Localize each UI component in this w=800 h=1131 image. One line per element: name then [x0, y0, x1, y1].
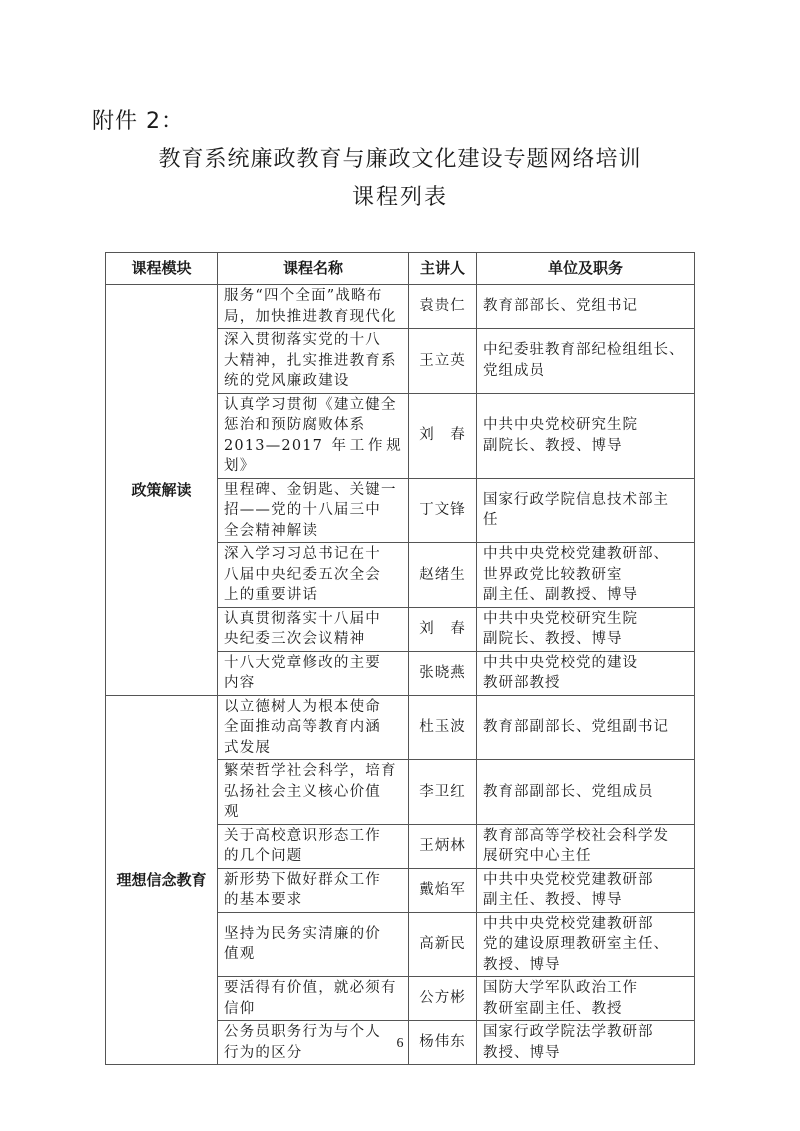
course-name-line: 新形势下做好群众工作 — [224, 870, 402, 891]
unit-position-line: 教育部副部长、党组成员 — [483, 782, 688, 803]
unit-position-cell: 中共中央党校研究生院副院长、教授、博导 — [477, 393, 695, 478]
speaker-cell: 高新民 — [409, 912, 477, 977]
unit-position-line: 教研室副主任、教授 — [483, 999, 688, 1020]
course-name-line: 招——党的十八届三中 — [224, 500, 402, 521]
unit-position-line: 中共中央党校研究生院 — [483, 415, 688, 436]
unit-position-cell: 中共中央党校党建教研部副主任、教授、博导 — [477, 868, 695, 912]
column-header-unit: 单位及职务 — [477, 253, 695, 285]
course-name-cell: 坚持为民务实清廉的价值观 — [218, 912, 409, 977]
unit-position-line: 中共中央党校党的建设 — [483, 653, 688, 674]
unit-position-cell: 中共中央党校党的建设教研部教授 — [477, 651, 695, 695]
document-title: 教育系统廉政教育与廉政文化建设专题网络培训 — [0, 142, 800, 173]
course-name-line: 内容 — [224, 673, 402, 694]
table-body: 政策解读服务“四个全面”战略布局，加快推进教育现代化袁贵仁教育部部长、党组书记深… — [106, 285, 695, 1065]
unit-position-cell: 中共中央党校党建教研部、世界政党比较教研室副主任、副教授、博导 — [477, 543, 695, 608]
course-name-line: 观 — [224, 802, 402, 823]
speaker-cell: 刘 春 — [409, 393, 477, 478]
course-name-line: 式发展 — [224, 738, 402, 759]
unit-position-cell: 中纪委驻教育部纪检组组长、党组成员 — [477, 329, 695, 394]
course-name-line: 的几个问题 — [224, 846, 402, 867]
course-name-cell: 服务“四个全面”战略布局，加快推进教育现代化 — [218, 285, 409, 329]
column-header-course: 课程名称 — [218, 253, 409, 285]
speaker-cell: 王炳林 — [409, 824, 477, 868]
attachment-label: 附件 2： — [92, 104, 184, 135]
speaker-cell: 公方彬 — [409, 977, 477, 1021]
course-name-line: 统的党风廉政建设 — [224, 371, 402, 392]
course-name-line: 以立德树人为根本使命 — [224, 697, 402, 718]
course-name-line: 认真贯彻落实十八届中 — [224, 609, 402, 630]
course-name-cell: 要活得有价值，就必须有信仰 — [218, 977, 409, 1021]
course-name-line: 的基本要求 — [224, 890, 402, 911]
course-name-line: 要活得有价值，就必须有 — [224, 978, 402, 999]
unit-position-line: 教育部高等学校社会科学发 — [483, 826, 688, 847]
table-row: 政策解读服务“四个全面”战略布局，加快推进教育现代化袁贵仁教育部部长、党组书记 — [106, 285, 695, 329]
course-name-line: 认真学习贯彻《建立健全 — [224, 395, 402, 416]
course-name-line: 信仰 — [224, 999, 402, 1020]
course-name-line: 坚持为民务实清廉的价 — [224, 924, 402, 945]
unit-position-cell: 教育部部长、党组书记 — [477, 285, 695, 329]
course-name-cell: 繁荣哲学社会科学，培育弘扬社会主义核心价值观 — [218, 760, 409, 825]
course-name-line: 全面推动高等教育内涵 — [224, 717, 402, 738]
course-name-line: 全会精神解读 — [224, 521, 402, 542]
speaker-cell: 赵绪生 — [409, 543, 477, 608]
course-name-line: 关于高校意识形态工作 — [224, 826, 402, 847]
course-name-cell: 里程碑、金钥匙、关键一招——党的十八届三中全会精神解读 — [218, 478, 409, 543]
speaker-cell: 张晓燕 — [409, 651, 477, 695]
unit-position-line: 中共中央党校研究生院 — [483, 609, 688, 630]
course-name-cell: 深入贯彻落实党的十八大精神，扎实推进教育系统的党风廉政建设 — [218, 329, 409, 394]
unit-position-line: 世界政党比较教研室 — [483, 565, 688, 586]
course-name-cell: 深入学习习总书记在十八届中央纪委五次全会上的重要讲话 — [218, 543, 409, 608]
course-name-cell: 新形势下做好群众工作的基本要求 — [218, 868, 409, 912]
unit-position-line: 教育部部长、党组书记 — [483, 296, 688, 317]
speaker-cell: 刘 春 — [409, 607, 477, 651]
course-name-line: 大精神，扎实推进教育系 — [224, 351, 402, 372]
course-name-cell: 关于高校意识形态工作的几个问题 — [218, 824, 409, 868]
unit-position-line: 副主任、副教授、博导 — [483, 585, 688, 606]
course-name-line: 2013—2017 年工作规划》 — [224, 436, 402, 477]
page-number: 6 — [0, 1036, 800, 1052]
course-name-line: 值观 — [224, 944, 402, 965]
unit-position-line: 中纪委驻教育部纪检组组长、 — [483, 340, 688, 361]
unit-position-line: 副院长、教授、博导 — [483, 436, 688, 457]
unit-position-line: 中共中央党校党建教研部 — [483, 870, 688, 891]
unit-position-cell: 中共中央党校研究生院副院长、教授、博导 — [477, 607, 695, 651]
course-name-cell: 以立德树人为根本使命全面推动高等教育内涵式发展 — [218, 695, 409, 760]
unit-position-cell: 教育部副部长、党组副书记 — [477, 695, 695, 760]
course-table: 课程模块 课程名称 主讲人 单位及职务 政策解读服务“四个全面”战略布局，加快推… — [105, 252, 695, 1065]
course-name-line: 深入学习习总书记在十 — [224, 544, 402, 565]
unit-position-line: 副院长、教授、博导 — [483, 629, 688, 650]
unit-position-line: 党组成员 — [483, 361, 688, 382]
document-subtitle: 课程列表 — [0, 180, 800, 211]
column-header-module: 课程模块 — [106, 253, 218, 285]
unit-position-line: 教育部副部长、党组副书记 — [483, 717, 688, 738]
course-name-line: 上的重要讲话 — [224, 585, 402, 606]
speaker-cell: 丁文锋 — [409, 478, 477, 543]
course-name-line: 繁荣哲学社会科学，培育 — [224, 761, 402, 782]
speaker-cell: 戴焰军 — [409, 868, 477, 912]
table-row: 理想信念教育以立德树人为根本使命全面推动高等教育内涵式发展杜玉波教育部副部长、党… — [106, 695, 695, 760]
module-cell: 理想信念教育 — [106, 695, 218, 1065]
course-name-line: 弘扬社会主义核心价值 — [224, 782, 402, 803]
speaker-cell: 袁贵仁 — [409, 285, 477, 329]
column-header-speaker: 主讲人 — [409, 253, 477, 285]
course-name-line: 央纪委三次会议精神 — [224, 629, 402, 650]
unit-position-line: 任 — [483, 510, 688, 531]
course-name-cell: 认真贯彻落实十八届中央纪委三次会议精神 — [218, 607, 409, 651]
module-cell: 政策解读 — [106, 285, 218, 696]
course-name-line: 服务“四个全面”战略布 — [224, 286, 402, 307]
unit-position-line: 中共中央党校党建教研部 — [483, 914, 688, 935]
course-name-line: 惩治和预防腐败体系 — [224, 415, 402, 436]
unit-position-line: 国防大学军队政治工作 — [483, 978, 688, 999]
speaker-cell: 杜玉波 — [409, 695, 477, 760]
course-name-cell: 认真学习贯彻《建立健全惩治和预防腐败体系2013—2017 年工作规划》 — [218, 393, 409, 478]
unit-position-line: 中共中央党校党建教研部、 — [483, 544, 688, 565]
unit-position-line: 教授、博导 — [483, 955, 688, 976]
unit-position-cell: 中共中央党校党建教研部党的建设原理教研室主任、教授、博导 — [477, 912, 695, 977]
unit-position-line: 党的建设原理教研室主任、 — [483, 934, 688, 955]
speaker-cell: 王立英 — [409, 329, 477, 394]
course-name-line: 深入贯彻落实党的十八 — [224, 330, 402, 351]
course-name-line: 八届中央纪委五次全会 — [224, 565, 402, 586]
unit-position-line: 展研究中心主任 — [483, 846, 688, 867]
unit-position-cell: 国防大学军队政治工作教研室副主任、教授 — [477, 977, 695, 1021]
unit-position-cell: 教育部高等学校社会科学发展研究中心主任 — [477, 824, 695, 868]
unit-position-line: 国家行政学院信息技术部主 — [483, 490, 688, 511]
course-name-line: 里程碑、金钥匙、关键一 — [224, 480, 402, 501]
unit-position-cell: 教育部副部长、党组成员 — [477, 760, 695, 825]
unit-position-cell: 国家行政学院信息技术部主任 — [477, 478, 695, 543]
table-header-row: 课程模块 课程名称 主讲人 单位及职务 — [106, 253, 695, 285]
course-name-line: 局，加快推进教育现代化 — [224, 307, 402, 328]
course-name-line: 十八大党章修改的主要 — [224, 653, 402, 674]
speaker-cell: 李卫红 — [409, 760, 477, 825]
unit-position-line: 教研部教授 — [483, 673, 688, 694]
unit-position-line: 副主任、教授、博导 — [483, 890, 688, 911]
course-name-cell: 十八大党章修改的主要内容 — [218, 651, 409, 695]
